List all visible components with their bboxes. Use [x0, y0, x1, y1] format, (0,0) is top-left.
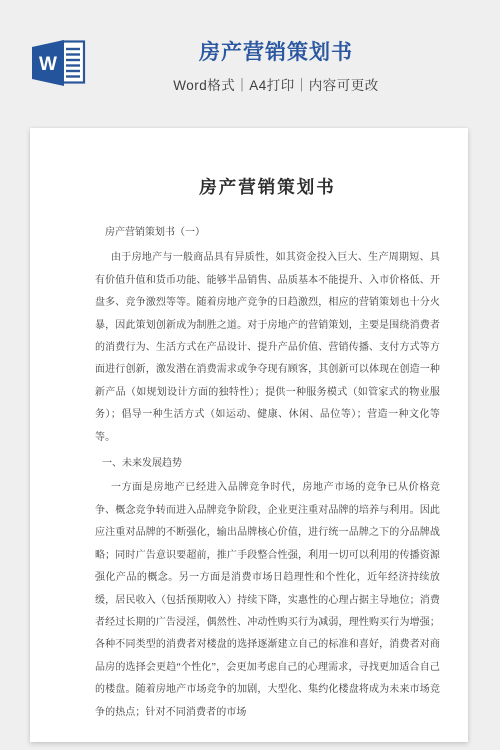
document-page-content: 房产营销策划书 房产营销策划书（一） 由于房地产与一般商品具有异质性，如其资金投… [30, 128, 468, 724]
document-section-label: 房产营销策划书（一） [95, 222, 440, 244]
template-preview-screen: { "header": { "title": "房产营销策划书", "subti… [0, 0, 500, 750]
document-page: 房产营销策划书 房产营销策划书（一） 由于房地产与一般商品具有异质性，如其资金投… [30, 128, 468, 742]
header-text: 房产营销策划书 Word格式｜A4打印｜内容可更改 [0, 41, 500, 94]
document-title: 房产营销策划书 [95, 174, 440, 200]
template-subtitle: Word格式｜A4打印｜内容可更改 [52, 74, 500, 94]
document-paragraph-1: 由于房地产与一般商品具有异质性，如其资金投入巨大、生产周期短、具有价值升值和货币… [95, 247, 440, 449]
document-paragraph-2: 一方面是房地产已经进入品牌竞争时代，房地产市场的竞争已从价格竞争、概念竞争转而进… [95, 477, 440, 723]
document-heading-1: 一、未来发展趋势 [95, 453, 440, 475]
template-title: 房产营销策划书 [52, 41, 500, 65]
preview-header: W 房产营销策划书 Word格式｜A4打印｜内容可更改 [0, 0, 500, 118]
